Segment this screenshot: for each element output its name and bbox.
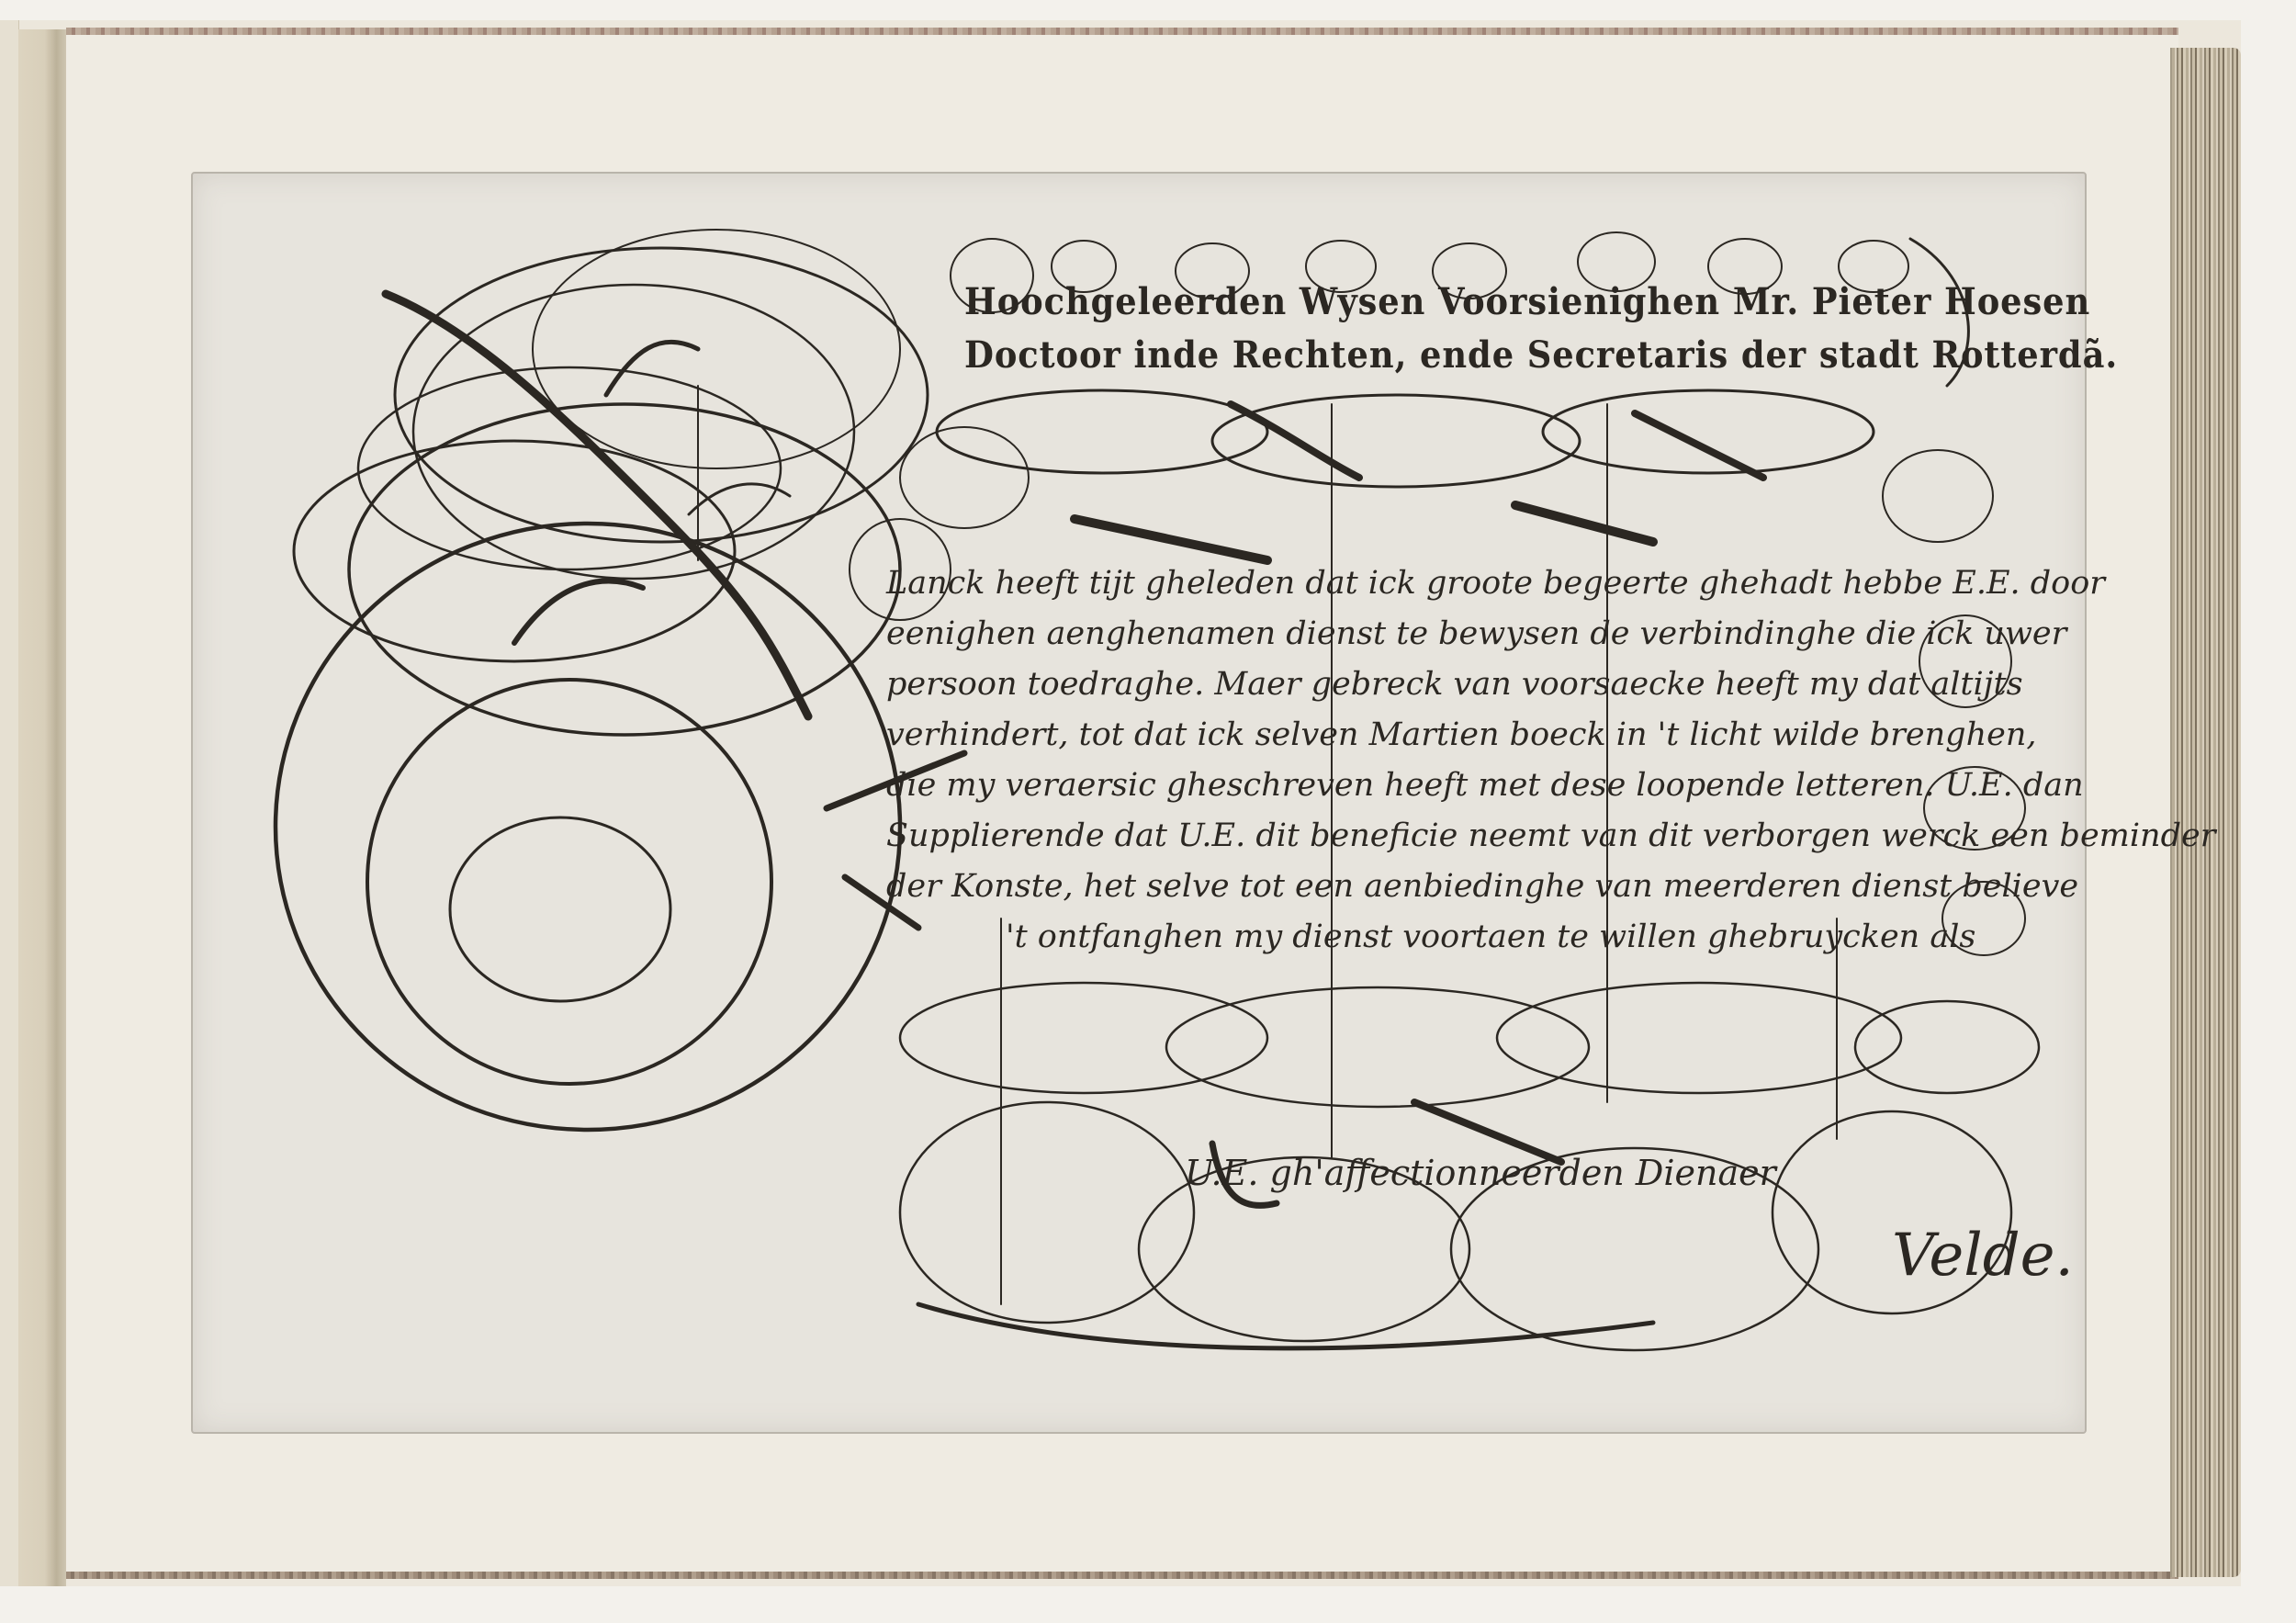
closing-line: U.E. gh'affectionneerden Dienaer	[1185, 1153, 1776, 1193]
body-line: persoon toedraghe. Maer gebreck van voor…	[886, 659, 2215, 710]
body-line: verhindert, tot dat ick selven Martien b…	[886, 710, 2215, 761]
body-line: Lanck heeft tijt gheleden dat ick groote…	[886, 558, 2215, 609]
heading-line-1: Hoochgeleerden Wysen Voorsienighen Mr. P…	[964, 276, 2118, 329]
heading-line-2: Doctoor inde Rechten, ende Secretaris de…	[964, 329, 2118, 382]
signature: Velde.	[1892, 1222, 2074, 1290]
body-line: der Konste, het selve tot een aenbieding…	[886, 862, 2215, 912]
body-line: die my veraersic gheschreven heeft met d…	[886, 761, 2215, 811]
body-line: 't ontfanghen my dienst voortaen te will…	[886, 912, 2215, 963]
letter-body: Lanck heeft tijt gheleden dat ick groote…	[886, 558, 2215, 963]
body-line: Supplierende dat U.E. dit beneficie neem…	[886, 811, 2215, 862]
body-line: eenighen aenghenamen dienst te bewysen d…	[886, 609, 2215, 659]
initial-letter-s-icon	[276, 230, 928, 1130]
letter-heading: Hoochgeleerden Wysen Voorsienighen Mr. P…	[964, 276, 2118, 382]
